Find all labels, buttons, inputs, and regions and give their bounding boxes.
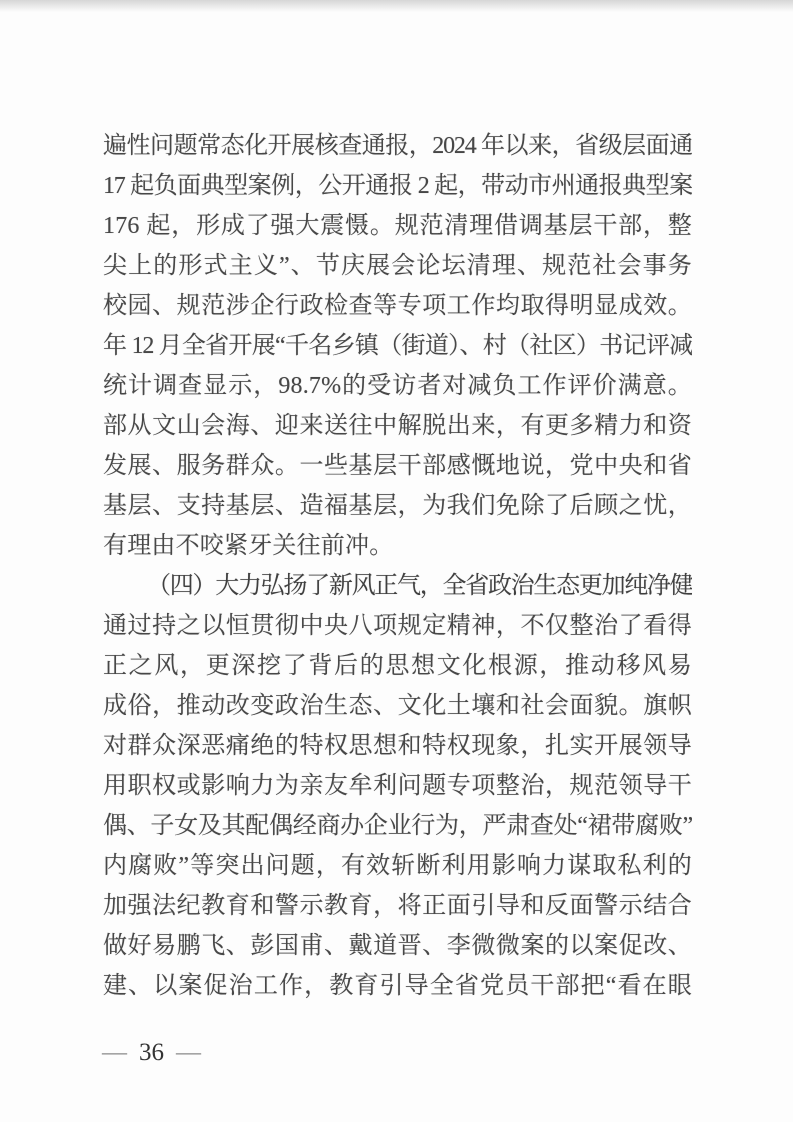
text-line: 内腐败”等突出问题，有效斩断利用影响力谋取私利的链条。	[103, 846, 692, 886]
paragraph-heading-line: （四）大力弘扬了新风正气，全省政治生态更加纯净健康。	[103, 566, 692, 606]
text-line: 发展、服务群众。一些基层干部感慨地说，党中央和省委关心	[103, 446, 692, 486]
text-line: 遍性问题常态化开展核查通报，2024 年以来，省级层面通报	[103, 126, 692, 166]
footer-dash-right: —	[176, 1039, 201, 1066]
text-line: 建、以案促治工作，教育引导全省党员干部把“看在眼里的教	[103, 966, 692, 1006]
text-line: 对群众深恶痛绝的特权思想和特权现象，扎实开展领导干部利	[103, 726, 692, 766]
paragraph-last-line: 有理由不咬紧牙关往前冲。	[103, 526, 692, 566]
text-line: 加强法纪教育和警示教育，将正面引导和反面警示结合起来，	[103, 886, 692, 926]
text-line: 用职权或影响力为亲友牟利问题专项整治，规范领导干部配	[103, 766, 692, 806]
text-line: 年 12 月全省开展“千名乡镇（街道）、村（社区）书记评减负”	[103, 326, 692, 366]
text-line: 部从文山会海、迎来送往中解脱出来，有更多精力和资源推动	[103, 406, 692, 446]
text-line: 做好易鹏飞、彭国甫、戴道晋、李微微案的以案促改、以案促	[103, 926, 692, 966]
text-line: 基层、支持基层、造福基层，为我们免除了后顾之忧，我们没	[103, 486, 692, 526]
text-line: 176 起，形成了强大震慑。规范清理借调基层干部，整治“指	[103, 206, 692, 246]
document-page: 遍性问题常态化开展核查通报，2024 年以来，省级层面通报 17 起负面典型案例…	[0, 0, 793, 1122]
text-line: 通过持之以恒贯彻中央八项规定精神，不仅整治了看得见的不	[103, 606, 692, 646]
text-line: 正之风，更深挖了背后的思想文化根源，推动移风易俗、化风	[103, 646, 692, 686]
text-line: 偶、子女及其配偶经商办企业行为，严肃查处“裙带腐败”“衙	[103, 806, 692, 846]
text-line: 17 起负面典型案例，公开通报 2 起，带动市州通报典型案例	[103, 166, 692, 206]
page-footer: —36—	[102, 1036, 201, 1070]
scan-edge-shadow	[0, 0, 793, 12]
text-line: 尖上的形式主义”、节庆展会论坛清理、规范社会事务随意进	[103, 246, 692, 286]
text-block: 遍性问题常态化开展核查通报，2024 年以来，省级层面通报 17 起负面典型案例…	[103, 126, 692, 1006]
footer-dash-left: —	[102, 1039, 127, 1066]
text-line: 统计调查显示，98.7%的受访者对减负工作评价满意。基层干	[103, 366, 692, 406]
page-number: 36	[127, 1039, 176, 1066]
text-line: 成俗，推动改变政治生态、文化土壤和社会面貌。旗帜鲜明反	[103, 686, 692, 726]
text-line: 校园、规范涉企行政检查等专项工作均取得明显成效。2024	[103, 286, 692, 326]
